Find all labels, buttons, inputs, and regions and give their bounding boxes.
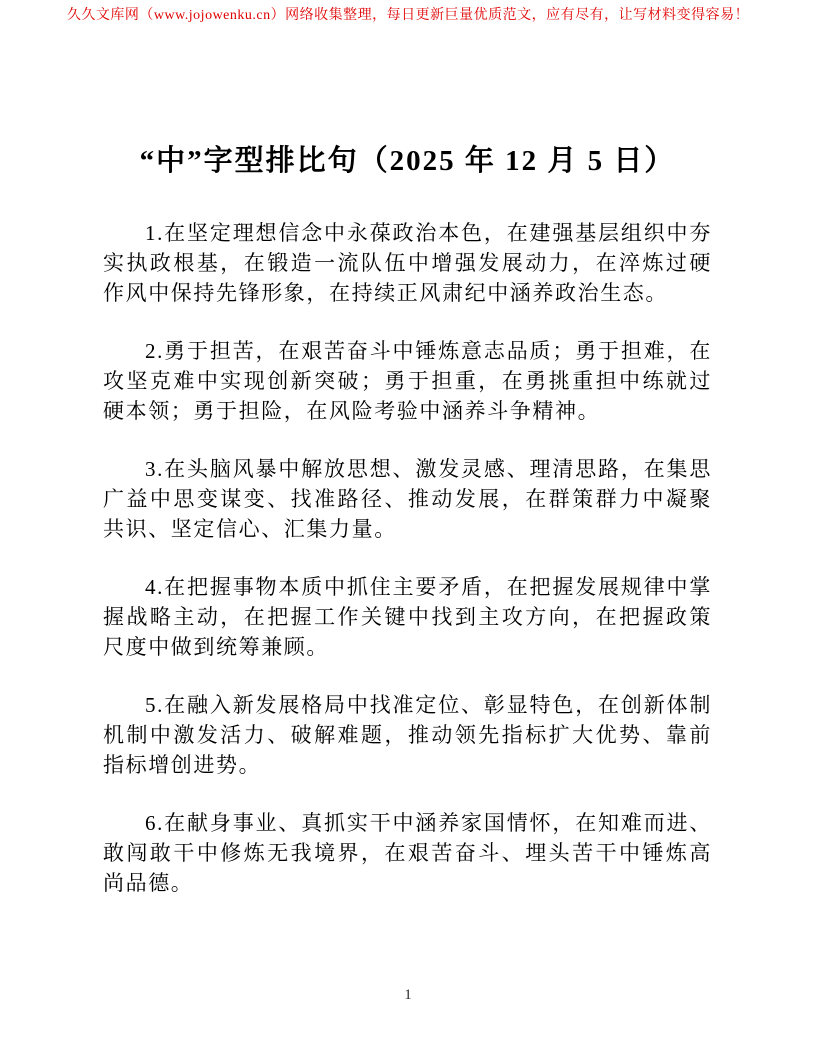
- page-number: 1: [0, 986, 816, 1004]
- document-page: 久久文库网（www.jojowenku.cn）网络收集整理，每日更新巨量优质范文…: [0, 0, 816, 1056]
- watermark-header: 久久文库网（www.jojowenku.cn）网络收集整理，每日更新巨量优质范文…: [0, 6, 816, 26]
- paragraph-2: 2.勇于担苦，在艰苦奋斗中锤炼意志品质；勇于担难，在攻坚克难中实现创新突破；勇于…: [103, 336, 712, 426]
- paragraph-5: 5.在融入新发展格局中找准定位、彰显特色，在创新体制机制中激发活力、破解难题，推…: [103, 690, 712, 780]
- document-title: “中”字型排比句（2025 年 12 月 5 日）: [103, 142, 712, 180]
- paragraph-4: 4.在把握事物本质中抓住主要矛盾，在把握发展规律中掌握战略主动，在把握工作关键中…: [103, 572, 712, 662]
- paragraph-6: 6.在献身事业、真抓实干中涵养家国情怀，在知难而进、敢闯敢干中修炼无我境界，在艰…: [103, 808, 712, 898]
- paragraph-1: 1.在坚定理想信念中永葆政治本色，在建强基层组织中夯实执政根基，在锻造一流队伍中…: [103, 218, 712, 308]
- document-body: “中”字型排比句（2025 年 12 月 5 日） 1.在坚定理想信念中永葆政治…: [103, 142, 712, 926]
- paragraph-3: 3.在头脑风暴中解放思想、激发灵感、理清思路，在集思广益中思变谋变、找准路径、推…: [103, 454, 712, 544]
